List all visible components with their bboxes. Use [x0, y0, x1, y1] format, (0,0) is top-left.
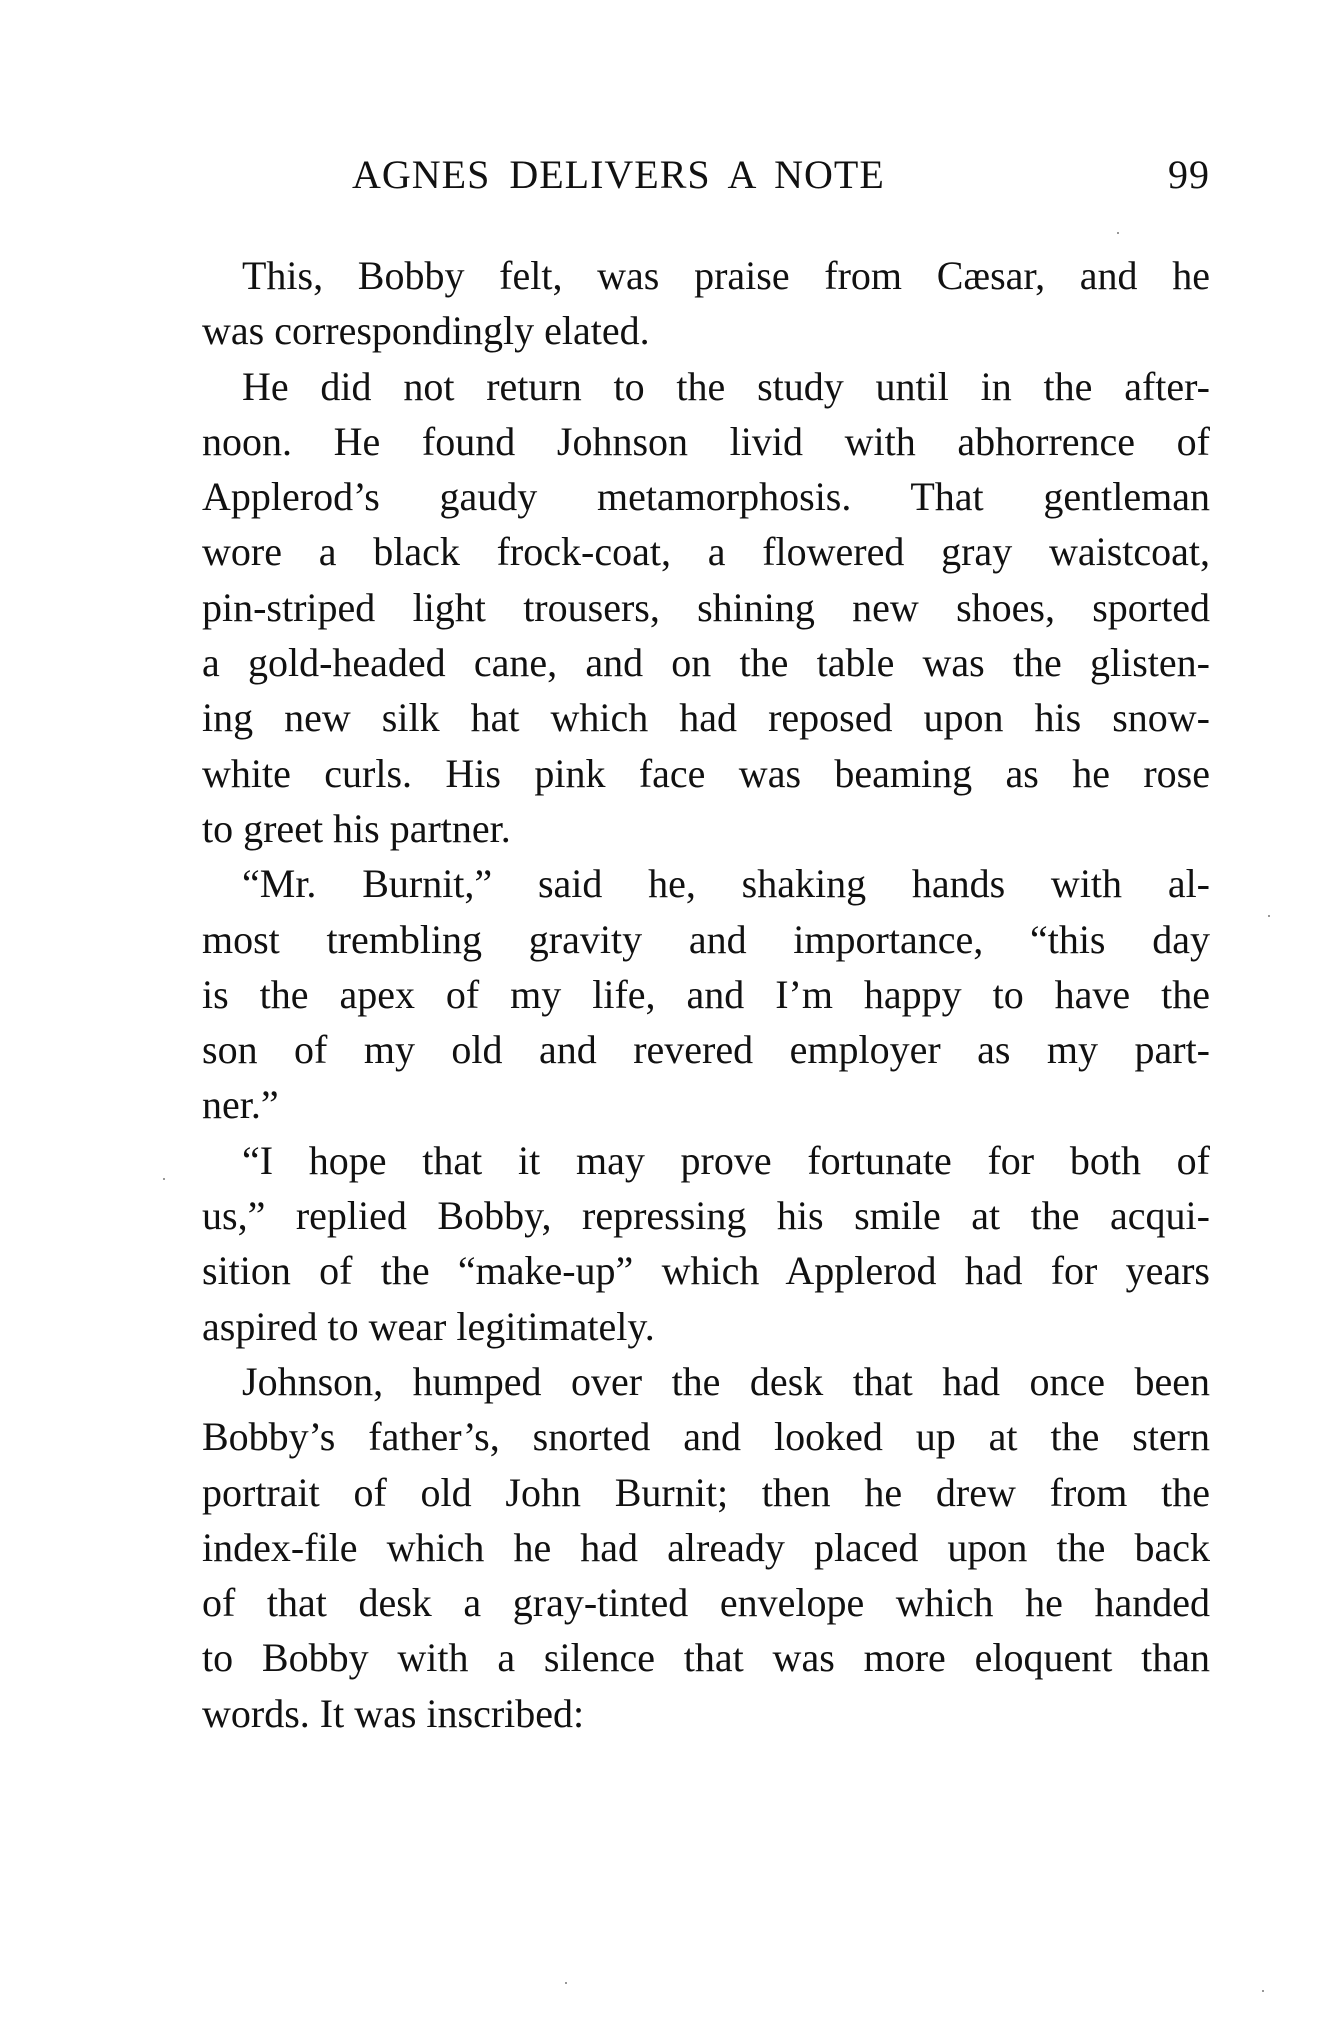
scan-speck — [1262, 1990, 1264, 1992]
page-number: 99 — [1168, 150, 1210, 200]
text-line: of that desk a gray-tinted envelope whic… — [202, 1575, 1210, 1630]
line-text: wore a black frock-coat, a flowered gray… — [202, 524, 1210, 579]
text-line: noon. He found Johnson livid with abhorr… — [202, 414, 1210, 469]
text-line: “I hope that it may prove fortunate for … — [202, 1133, 1210, 1188]
line-text: Applerod’s gaudy metamorphosis. That gen… — [202, 469, 1210, 524]
text-line: portrait of old John Burnit; then he dre… — [202, 1465, 1210, 1520]
text-line: to greet his partner. — [202, 801, 1210, 856]
line-text: aspired to wear legitimately. — [202, 1299, 1210, 1354]
scan-speck — [1117, 232, 1119, 234]
text-line: wore a black frock-coat, a flowered gray… — [202, 524, 1210, 579]
text-line: Johnson, humped over the desk that had o… — [202, 1354, 1210, 1409]
text-line: ing new silk hat which had reposed upon … — [202, 690, 1210, 745]
line-text: white curls. His pink face was beaming a… — [202, 746, 1210, 801]
paragraph: Johnson, humped over the desk that had o… — [202, 1354, 1210, 1741]
running-head: AGNES DELIVERS A NOTE 99 — [352, 150, 1210, 200]
text-line: This, Bobby felt, was praise from Cæsar,… — [202, 248, 1210, 303]
text-line: was correspondingly elated. — [202, 303, 1210, 358]
paragraph: He did not return to the study until in … — [202, 359, 1210, 857]
line-text: us,” replied Bobby, repressing his smile… — [202, 1188, 1210, 1243]
line-text: This, Bobby felt, was praise from Cæsar,… — [202, 248, 1210, 303]
line-text: ing new silk hat which had reposed upon … — [202, 690, 1210, 745]
text-line: words. It was inscribed: — [202, 1686, 1210, 1741]
line-text: most trembling gravity and importance, “… — [202, 912, 1210, 967]
text-line: sition of the “make-up” which Applerod h… — [202, 1243, 1210, 1298]
text-line: Bobby’s father’s, snorted and looked up … — [202, 1409, 1210, 1464]
line-text: pin-striped light trousers, shining new … — [202, 580, 1210, 635]
book-page: AGNES DELIVERS A NOTE 99 This, Bobby fel… — [0, 0, 1339, 2042]
text-line: most trembling gravity and importance, “… — [202, 912, 1210, 967]
line-text: He did not return to the study until in … — [202, 359, 1210, 414]
body-text: This, Bobby felt, was praise from Cæsar,… — [202, 248, 1210, 1741]
text-line: index-file which he had already placed u… — [202, 1520, 1210, 1575]
text-line: is the apex of my life, and I’m happy to… — [202, 967, 1210, 1022]
line-text: of that desk a gray-tinted envelope whic… — [202, 1575, 1210, 1630]
scan-speck — [1268, 915, 1270, 917]
line-text: Johnson, humped over the desk that had o… — [202, 1354, 1210, 1409]
text-line: a gold-headed cane, and on the table was… — [202, 635, 1210, 690]
line-text: to greet his partner. — [202, 801, 1210, 856]
line-text: index-file which he had already placed u… — [202, 1520, 1210, 1575]
running-title: AGNES DELIVERS A NOTE — [352, 150, 885, 200]
text-line: “Mr. Burnit,” said he, shaking hands wit… — [202, 856, 1210, 911]
line-text: Bobby’s father’s, snorted and looked up … — [202, 1409, 1210, 1464]
scan-speck — [163, 1178, 165, 1180]
line-text: a gold-headed cane, and on the table was… — [202, 635, 1210, 690]
paragraph: “Mr. Burnit,” said he, shaking hands wit… — [202, 856, 1210, 1132]
line-text: “I hope that it may prove fortunate for … — [202, 1133, 1210, 1188]
text-line: ner.” — [202, 1077, 1210, 1132]
line-text: ner.” — [202, 1077, 1210, 1132]
line-text: words. It was inscribed: — [202, 1686, 1210, 1741]
text-line: Applerod’s gaudy metamorphosis. That gen… — [202, 469, 1210, 524]
text-line: pin-striped light trousers, shining new … — [202, 580, 1210, 635]
line-text: to Bobby with a silence that was more el… — [202, 1630, 1210, 1685]
text-line: white curls. His pink face was beaming a… — [202, 746, 1210, 801]
text-line: son of my old and revered employer as my… — [202, 1022, 1210, 1077]
line-text: son of my old and revered employer as my… — [202, 1022, 1210, 1077]
text-line: to Bobby with a silence that was more el… — [202, 1630, 1210, 1685]
line-text: portrait of old John Burnit; then he dre… — [202, 1465, 1210, 1520]
line-text: noon. He found Johnson livid with abhorr… — [202, 414, 1210, 469]
line-text: sition of the “make-up” which Applerod h… — [202, 1243, 1210, 1298]
line-text: was correspondingly elated. — [202, 303, 1210, 358]
line-text: is the apex of my life, and I’m happy to… — [202, 967, 1210, 1022]
paragraph: “I hope that it may prove fortunate for … — [202, 1133, 1210, 1354]
text-line: aspired to wear legitimately. — [202, 1299, 1210, 1354]
paragraph: This, Bobby felt, was praise from Cæsar,… — [202, 248, 1210, 359]
text-line: us,” replied Bobby, repressing his smile… — [202, 1188, 1210, 1243]
text-line: He did not return to the study until in … — [202, 359, 1210, 414]
line-text: “Mr. Burnit,” said he, shaking hands wit… — [202, 856, 1210, 911]
scan-speck — [565, 1982, 567, 1984]
